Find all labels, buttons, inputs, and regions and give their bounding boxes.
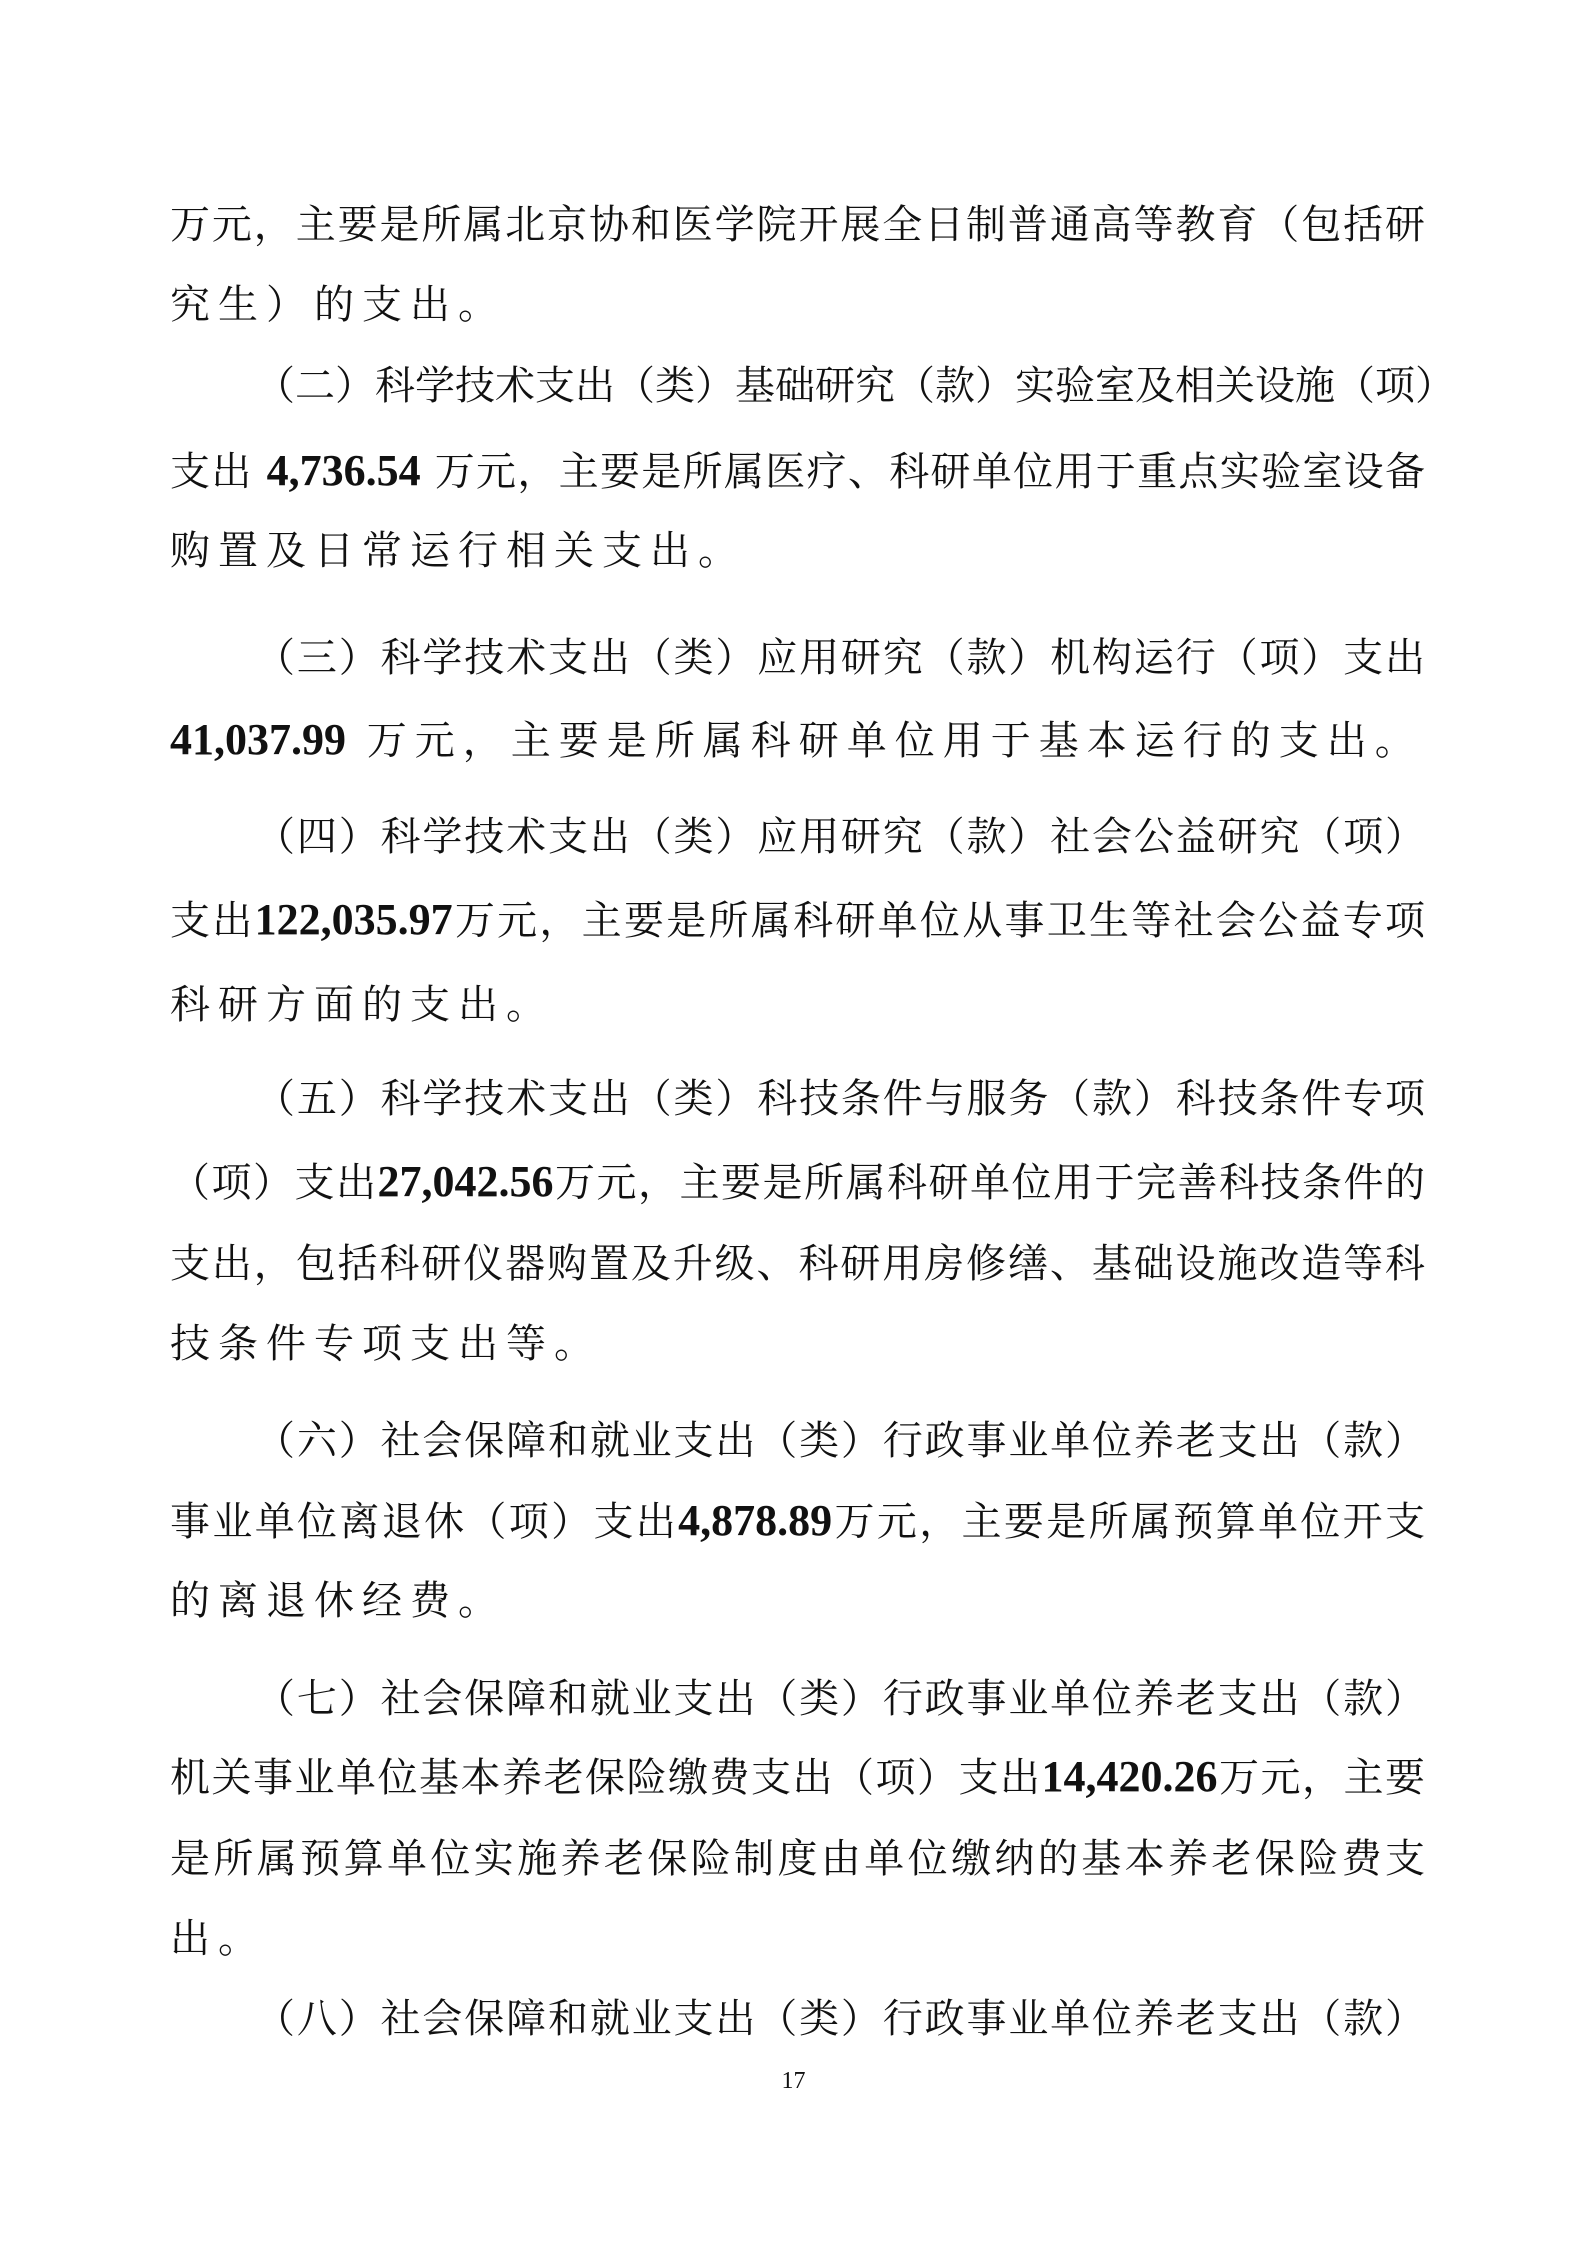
text-line: （七）社会保障和就业支出（类）行政事业单位养老支出（款） [255,1669,1425,1729]
text-line: （四）科学技术支出（类）应用研究（款）社会公益研究（项） [255,807,1425,867]
text-line: （三）科学技术支出（类）应用研究（款）机构运行（项）支出 [255,628,1425,688]
amount-value: 14,420.26 [1042,1752,1218,1801]
text-segment: 万元，主要是所属科研单位用于基本运行的支出。 [346,718,1423,764]
text-segment: 万元，主要是所属科研单位从事卫生等社会公益专项 [453,898,1425,944]
text-line: 究生）的支出。 [170,275,1425,335]
text-line: 科研方面的支出。 [170,975,1425,1035]
amount-value: 27,042.56 [378,1157,554,1206]
text-line: 万元，主要是所属北京协和医学院开展全日制普通高等教育（包括研 [170,195,1425,255]
text-line: 出。 [170,1909,1425,1969]
text-segment: 支出 [170,898,255,944]
text-line: 购置及日常运行相关支出。 [170,521,1425,581]
amount-value: 122,035.97 [255,895,453,944]
amount-value: 41,037.99 [170,715,346,764]
text-line: （八）社会保障和就业支出（类）行政事业单位养老支出（款） [255,1989,1425,2049]
text-segment: 机关事业单位基本养老保险缴费支出（项）支出 [170,1755,1042,1801]
text-segment: 事业单位离退休（项）支出 [170,1499,678,1545]
text-line: （项）支出27,042.56万元，主要是所属科研单位用于完善科技条件的 [170,1152,1425,1212]
text-line: （六）社会保障和就业支出（类）行政事业单位养老支出（款） [255,1411,1425,1471]
page-number: 17 [0,2066,1587,2096]
text-segment: 万元，主要是所属医疗、科研单位用于重点实验室设备 [421,449,1425,495]
text-line: 事业单位离退休（项）支出4,878.89万元，主要是所属预算单位开支 [170,1491,1425,1551]
text-segment: （项）支出 [170,1160,378,1206]
text-line: 支出，包括科研仪器购置及升级、科研用房修缮、基础设施改造等科 [170,1234,1425,1294]
text-segment: 万元，主要是所属科研单位用于完善科技条件的 [554,1160,1426,1206]
text-line: 是所属预算单位实施养老保险制度由单位缴纳的基本养老保险费支 [170,1829,1425,1889]
text-segment: 万元，主要是所属预算单位开支 [832,1499,1425,1545]
amount-value: 4,878.89 [678,1496,832,1545]
text-line: 41,037.99 万元，主要是所属科研单位用于基本运行的支出。 [170,710,1425,770]
text-line: （二）科学技术支出（类）基础研究（款）实验室及相关设施（项） [255,356,1425,416]
text-segment: 支出 [170,449,267,495]
text-line: 支出122,035.97万元，主要是所属科研单位从事卫生等社会公益专项 [170,890,1425,950]
text-line: 机关事业单位基本养老保险缴费支出（项）支出14,420.26万元，主要 [170,1747,1425,1807]
text-line: 支出 4,736.54 万元，主要是所属医疗、科研单位用于重点实验室设备 [170,441,1425,501]
text-line: （五）科学技术支出（类）科技条件与服务（款）科技条件专项 [255,1069,1425,1129]
text-segment: 万元，主要 [1218,1755,1426,1801]
amount-value: 4,736.54 [267,446,421,495]
text-line: 的离退休经费。 [170,1571,1425,1631]
text-line: 技条件专项支出等。 [170,1314,1425,1374]
